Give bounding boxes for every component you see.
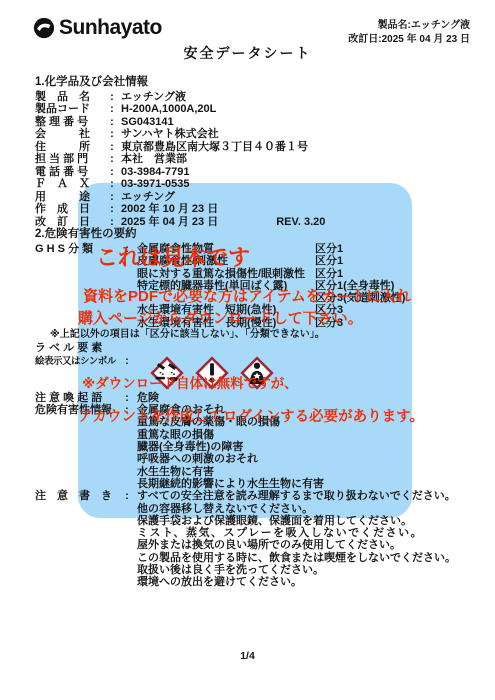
section2-heading: 2.危険有害性の要約 [35, 228, 487, 241]
info-row: 製 品 名:エッチング液 [35, 91, 480, 103]
document-title: 安全データシート [0, 43, 495, 63]
signal-word: 危険 [137, 392, 159, 404]
precaution-row: 保護手袋および保護眼鏡、保護面を着用してください。 [35, 515, 487, 527]
info-row: 用 途:エッチング [35, 191, 480, 203]
precaution-row: ミスト、蒸気、スプレーを吸入しないでください。 [35, 527, 487, 539]
precaution-row: 注 意 書 き:すべての安全注意を読み理解するまで取り扱わないでください。 [35, 490, 487, 502]
header-meta: 製品名:エッチング液 改訂日:2025 年 04 月 23 日 [348, 19, 470, 46]
hazard-row: 重篤な眼の損傷 [35, 429, 487, 441]
watermark-download-instruction: 購入ページからダウンロードして下さい。 [78, 307, 363, 328]
info-row: 整 理 番 号:SG043141 [35, 116, 480, 128]
header-product-name: 製品名:エッチング液 [348, 19, 470, 33]
info-row: 製品コード:H-200A,1000A,20L [35, 103, 480, 115]
hazard-row: 呼吸器への刺激のおそれ [35, 453, 487, 465]
info-row: 担 当 部 門:本社 営業部 [35, 153, 480, 165]
sunhayato-logo-icon [33, 17, 55, 39]
hazard-row: 長期継続的影響により水生生物に有害 [35, 478, 487, 490]
watermark-cart-instruction: 資料をPDFで必要な方はアイテムをカートに入れ [83, 285, 411, 306]
section-company-info: 1.化学品及び会社情報 製 品 名:エッチング液 製品コード:H-200A,10… [35, 76, 480, 228]
info-row: 作 成 日:2002 年 10 月 23 日 [35, 203, 480, 215]
watermark-sample-notice: これは見本です [96, 241, 250, 272]
info-row: 会 社:サンハヤト株式会社 [35, 128, 480, 140]
label-elements-heading: ラ ベ ル 要 素 [35, 342, 487, 355]
rev-number: REV. 3.20 [276, 216, 325, 228]
precaution-row: 他の容器移し替えないでください。 [35, 503, 487, 515]
precaution-row: 環境への放出を避けてください。 [35, 576, 487, 588]
sds-document-page: Sunhayato 製品名:エッチング液 改訂日:2025 年 04 月 23 … [0, 0, 495, 700]
ghs-note: ※上記以外の項目は「区分に該当しない」、「分類できない」。 [35, 329, 487, 341]
info-row-revision: 改 訂 日:2025 年 04 月 23 日REV. 3.20 [35, 216, 480, 228]
sunhayato-logo: Sunhayato [33, 16, 162, 40]
precaution-row: この製品を使用する時に、飲食または喫煙をしないでください。 [35, 552, 487, 564]
precaution-row: 屋外または換気の良い場所でのみ使用してください。 [35, 539, 487, 551]
signal-word-row: 注 意 喚 起 語:危険 [35, 392, 487, 404]
info-row: 住 所:東京都豊島区南大塚３丁目４０番１号 [35, 141, 480, 153]
watermark-login-note: アカウントを作成してログインする必要があります。 [78, 405, 424, 426]
section1-heading: 1.化学品及び会社情報 [35, 76, 480, 89]
precaution-row: 取扱い後は良く手を洗ってください。 [35, 564, 487, 576]
info-row: 電 話 番 号:03-3984-7791 [35, 166, 480, 178]
hazard-row: 臓器(全身毒性)の障害 [35, 441, 487, 453]
watermark-free-note: ※ダウンロード自体は無料ですが、 [82, 372, 298, 392]
info-row: Ｆ Ａ Ｘ:03-3971-0535 [35, 178, 480, 190]
logo-text: Sunhayato [59, 16, 162, 40]
page-number: 1/4 [0, 650, 495, 662]
hazard-row: 水生生物に有害 [35, 466, 487, 478]
